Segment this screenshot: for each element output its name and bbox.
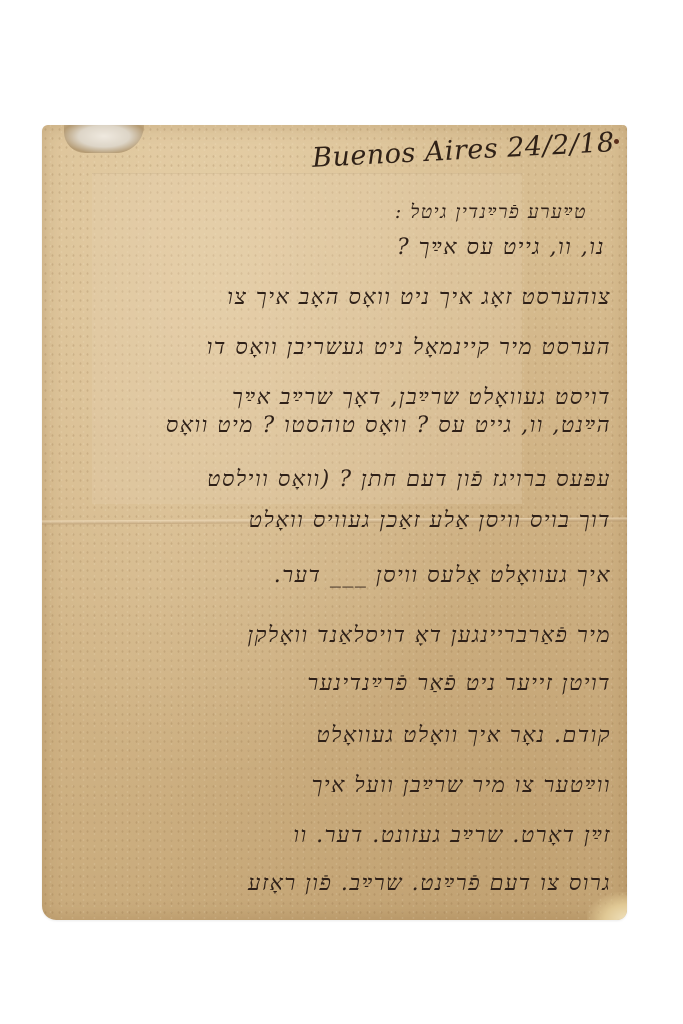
letter-line: הײַנט, וו, גייט עס ? וואָס טוהסטו ? מיט … — [166, 415, 611, 437]
torn-paper-patch — [64, 125, 144, 153]
letter-line: עפּעס ברויגז פֿון דעם חתן ? (וואָס ווילס… — [207, 469, 611, 491]
letter-line: דויטן זייער ניט פֿאַר פֿרײַנדינער — [307, 673, 611, 695]
page: Buenos Aires 24/2/18 טײַערע פֿרײַנדין גי… — [0, 0, 683, 1024]
letter-line: נו, וו, גייט עס אײַך ? — [397, 237, 605, 259]
letter-line: דוך בויס וויסן אַלע זאַכן געוויס וואָלט — [249, 510, 611, 532]
letter-line: מיר פֿאַרבריינגען דאָ דויסלאַנד וואָלקן — [247, 625, 611, 647]
letter-line: איך געוואָלט אַלעס וויסן ___ דער. — [274, 565, 611, 587]
letter-line: קודם. נאָר איך וואָלט געוואָלט — [316, 725, 611, 747]
letter-line: גרוס צו דעם פֿרײַנט. שרײַב. פֿון ראָזע — [248, 873, 611, 895]
letter-line: צוהערסט זאָג איך ניט וואָס האָב איך צו — [227, 287, 611, 309]
dateline: Buenos Aires 24/2/18 — [312, 127, 616, 174]
postcard: Buenos Aires 24/2/18 טײַערע פֿרײַנדין גי… — [42, 125, 627, 920]
corner-wear — [587, 892, 627, 920]
letter-line: זײַן דאָרט. שרײַב געזונט. דער. וו — [293, 825, 611, 847]
letter-line: הערסט מיר קיינמאָל ניט געשריבן וואָס דו — [207, 337, 611, 359]
salutation: טײַערע פֿרײַנדין גיטל : — [395, 203, 587, 222]
letter-line: ווײַטער צו מיר שרײַבן וועל איך — [312, 775, 611, 797]
letter-line: דויסט געוואָלט שרײַבן, דאָך שרײַב אײַך — [232, 387, 611, 409]
